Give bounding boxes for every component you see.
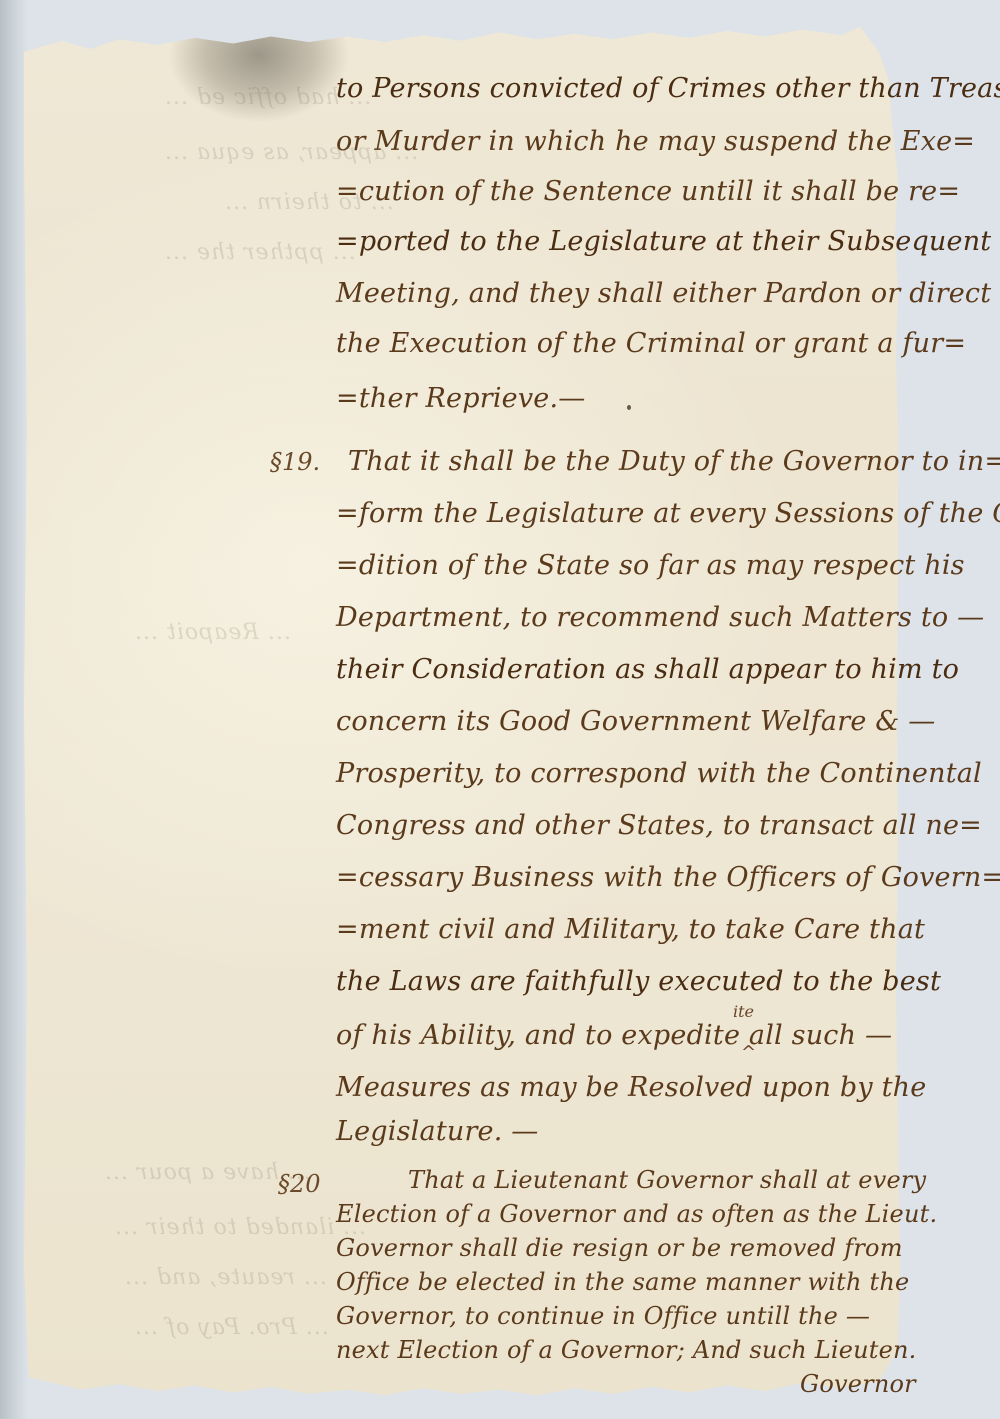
text-line: Congress and other States, to transact a… [336,812,982,839]
text-line: of his Ability, and to expedite all such… [336,1022,892,1049]
text-line: Governor shall die resign or be removed … [336,1236,903,1260]
text-line: their Consideration as shall appear to h… [336,656,959,683]
text-line: Governor, to continue in Office untill t… [336,1304,870,1328]
manuscript-text: to Persons convicted of Crimes other tha… [0,0,1000,1419]
text-line: the Laws are faithfully executed to the … [336,968,941,995]
interlinear-correction: ite [733,1002,754,1021]
text-line: That it shall be the Duty of the Governo… [348,448,1000,475]
ink-dot [627,405,631,410]
text-line: =ment civil and Military, to take Care t… [336,916,925,943]
text-line: =ported to the Legislature at their Subs… [336,228,991,255]
text-line: Election of a Governor and as often as t… [336,1202,937,1226]
text-line: =cessary Business with the Officers of G… [336,864,1000,891]
text-line: Measures as may be Resolved upon by the [336,1074,926,1101]
text-line: That a Lieutenant Governor shall at ever… [408,1168,926,1192]
text-line: =form the Legislature at every Sessions … [336,500,1000,527]
text-line: Meeting, and they shall either Pardon or… [336,280,991,307]
text-line: concern its Good Government Welfare & — [336,708,936,735]
section-mark-19: §19. [270,448,320,476]
text-line: the Execution of the Criminal or grant a… [336,330,966,357]
text-line: Prosperity, to correspond with the Conti… [336,760,982,787]
text-line: =cution of the Sentence untill it shall … [336,178,960,205]
text-line: Department, to recommend such Matters to… [336,604,984,631]
text-line: Office be elected in the same manner wit… [336,1270,909,1294]
text-line: =dition of the State so far as may respe… [336,552,965,579]
text-line: Legislature. — [336,1118,539,1145]
section-mark-20: §20 [278,1170,321,1198]
text-line: to Persons convicted of Crimes other tha… [336,75,1000,102]
text-line: Governor [800,1372,916,1396]
text-line: or Murder in which he may suspend the Ex… [336,128,975,155]
insertion-caret-icon: ^ [741,1042,756,1063]
text-line: =ther Reprieve.— [336,385,585,412]
text-line: next Election of a Governor; And such Li… [336,1338,917,1362]
